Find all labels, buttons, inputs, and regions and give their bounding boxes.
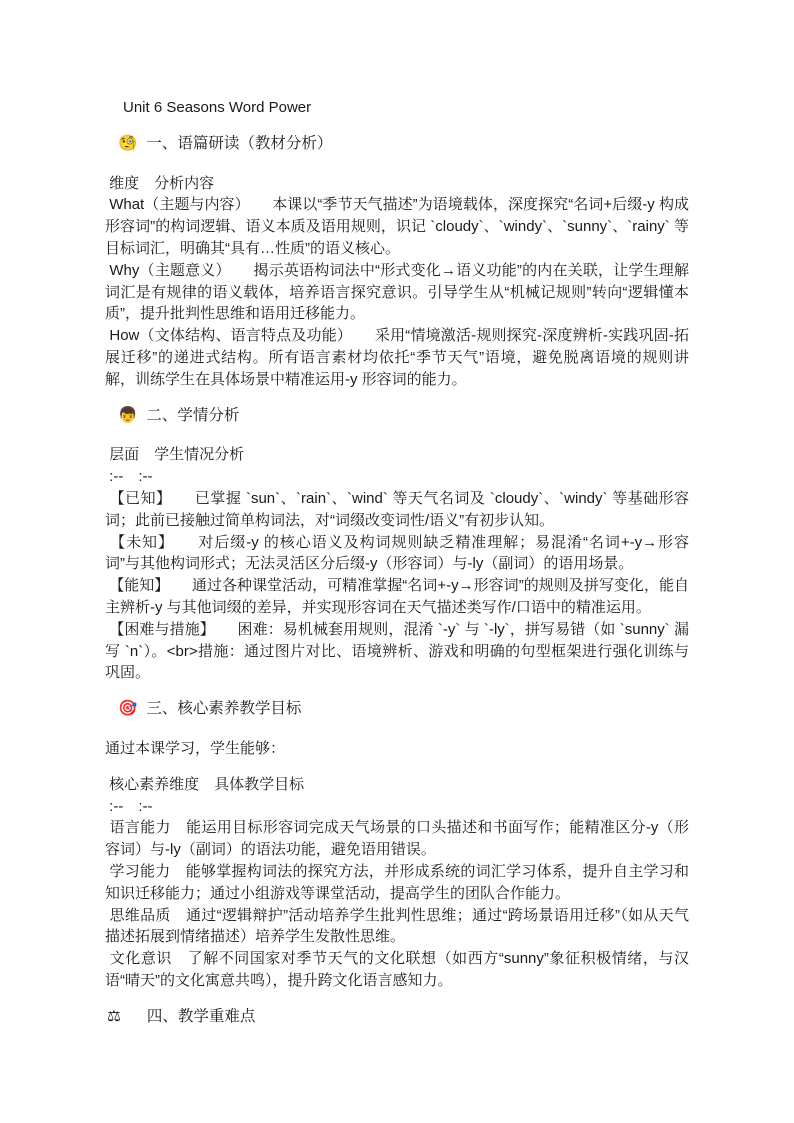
table-header: 层面 学生情况分析: [105, 444, 689, 466]
table-row-unknown: 【未知】 对后缀-y 的核心语义及构词规则缺乏精准理解；易混淆“名词+-y→形容…: [105, 532, 689, 576]
text-analysis-table: 维度 分析内容 What（主题与内容） 本课以“季节天气描述”为语境载体，深度探…: [105, 173, 689, 391]
boy-face-icon: 👦: [118, 405, 137, 427]
table-row-learning-ability: 学习能力 能够掌握构词法的探究方法，并形成系统的词汇学习体系，提升自主学习和知识…: [105, 861, 689, 905]
table-row-can-know: 【能知】 通过各种课堂活动，可精准掌握“名词+-y→形容词”的规则及拼写变化，能…: [105, 575, 689, 619]
table-row-how: How（文体结构、语言特点及功能） 采用“情境激活-规则探究-深度辨析-实践巩固…: [105, 325, 689, 390]
balance-scale-icon: ⚖: [107, 1006, 121, 1028]
table-separator: :-- :--: [105, 466, 689, 488]
table-header: 核心素养维度 具体教学目标: [105, 774, 689, 796]
section-heading-label: 一、语篇研读（教材分析）: [146, 135, 332, 152]
table-row-what: What（主题与内容） 本课以“季节天气描述”为语境载体，深度探究“名词+后缀-…: [105, 194, 689, 259]
section-heading-core-objectives: 🎯三、核心素养教学目标: [105, 698, 689, 720]
section-heading-label: 三、核心素养教学目标: [146, 700, 301, 717]
section-heading-label: 二、学情分析: [146, 407, 239, 424]
table-header: 维度 分析内容: [105, 173, 689, 195]
table-row-language-ability: 语言能力 能运用目标形容词完成天气场景的口头描述和书面写作；能精准区分-y（形容…: [105, 817, 689, 861]
document-title: Unit 6 Seasons Word Power: [105, 97, 689, 119]
learner-analysis-table: 层面 学生情况分析 :-- :-- 【已知】 已掌握 `sun`、`rain`、…: [105, 444, 689, 684]
section-heading-text-analysis: 🧐一、语篇研读（教材分析）: [105, 133, 689, 155]
table-row-known: 【已知】 已掌握 `sun`、`rain`、`wind` 等天气名词及 `clo…: [105, 488, 689, 532]
document-page: Unit 6 Seasons Word Power 🧐一、语篇研读（教材分析） …: [0, 0, 794, 1123]
section-heading-key-points: ⚖四、教学重难点: [105, 1006, 689, 1028]
table-row-why: Why（主题意义） 揭示英语构词法中“形式变化→语义功能”的内在关联，让学生理解…: [105, 260, 689, 325]
section-heading-learner-analysis: 👦二、学情分析: [105, 405, 689, 427]
table-separator: :-- :--: [105, 796, 689, 818]
section-heading-label: 四、教学重难点: [147, 1008, 256, 1025]
table-row-thinking-quality: 思维品质 通过“逻辑辩护”活动培养学生批判性思维；通过“跨场景语用迁移”（如从天…: [105, 905, 689, 949]
objectives-intro: 通过本课学习，学生能够：: [105, 738, 689, 760]
monocle-face-icon: 🧐: [118, 133, 137, 155]
target-icon: 🎯: [118, 698, 137, 720]
core-objectives-table: 核心素养维度 具体教学目标 :-- :-- 语言能力 能运用目标形容词完成天气场…: [105, 774, 689, 992]
table-row-difficulties: 【困难与措施】 困难：易机械套用规则，混淆 `-y` 与 `-ly`，拼写易错（…: [105, 619, 689, 684]
table-row-cultural-awareness: 文化意识 了解不同国家对季节天气的文化联想（如西方“sunny”象征积极情绪，与…: [105, 948, 689, 992]
